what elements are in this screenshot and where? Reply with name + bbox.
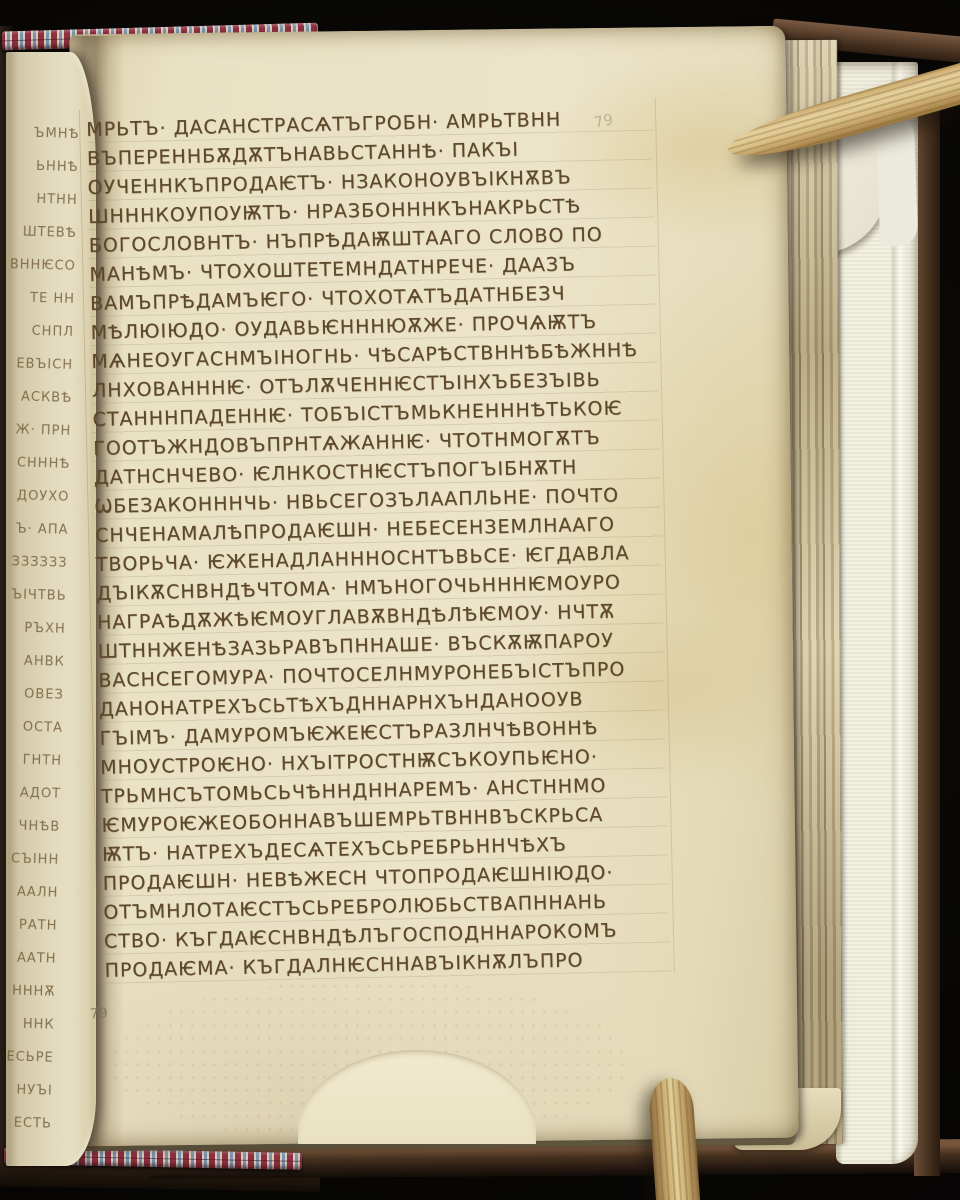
text-fragment: ръхн xyxy=(0,611,66,646)
text-fragment: оста xyxy=(0,710,63,745)
facing-page-text-fragments: ъмнѣьннѣнтннштевѣвннѥсоте ннснплевъıснас… xyxy=(0,116,80,1128)
text-fragment: снннѣ xyxy=(0,446,71,481)
text-fragment: чнѣв xyxy=(0,809,61,844)
facing-page-edge: ъмнѣьннѣнтннштевѣвннѥсоте ннснплевъıснас… xyxy=(6,52,96,1166)
text-fragment: штевѣ xyxy=(2,215,77,250)
text-fragment: ъ· апа xyxy=(0,512,69,547)
text-fragment: нтнн xyxy=(3,182,78,217)
text-fragment: есть xyxy=(0,1106,52,1128)
folded-page-corner xyxy=(876,117,918,246)
text-fragment: съıнн xyxy=(0,842,60,877)
text-fragment: те нн xyxy=(0,281,75,316)
text-fragment: ж· прн xyxy=(0,413,72,448)
text-fragment: аалн xyxy=(0,875,59,910)
text-fragment: ратн xyxy=(0,908,58,943)
text-fragment: вннѥсо xyxy=(1,248,76,283)
text-fragment: нуъı xyxy=(0,1073,53,1108)
text-fragment: нннѫ xyxy=(0,974,56,1009)
text-fragment: ъмнѣ xyxy=(5,116,80,151)
text-fragment: снпл xyxy=(0,314,74,349)
text-fragment: овез xyxy=(0,677,64,712)
text-fragment: гнтн xyxy=(0,743,62,778)
text-fragment: ьннѣ xyxy=(4,149,79,184)
pencil-folio-number-bottom: 79 xyxy=(89,1005,108,1022)
text-fragment: ннк xyxy=(0,1007,55,1042)
text-fragment: доухо xyxy=(0,479,70,514)
manuscript-text-block: мрьтъ· дасанстрасѧтъгробн· амрьтвннвъпер… xyxy=(86,104,671,986)
text-fragment: аатн xyxy=(0,941,57,976)
text-fragment: адот xyxy=(0,776,62,811)
photo-of-open-manuscript: { "scene": { "description": "Photograph … xyxy=(0,0,960,1200)
text-fragment: анвк xyxy=(0,644,65,679)
text-fragment: зззззз xyxy=(0,545,68,580)
text-fragment: ъıчтвь xyxy=(0,578,67,613)
text-fragment: асквѣ xyxy=(0,380,73,415)
text-fragment: евъıсн xyxy=(0,347,74,382)
text-fragment: есьре xyxy=(0,1040,54,1075)
